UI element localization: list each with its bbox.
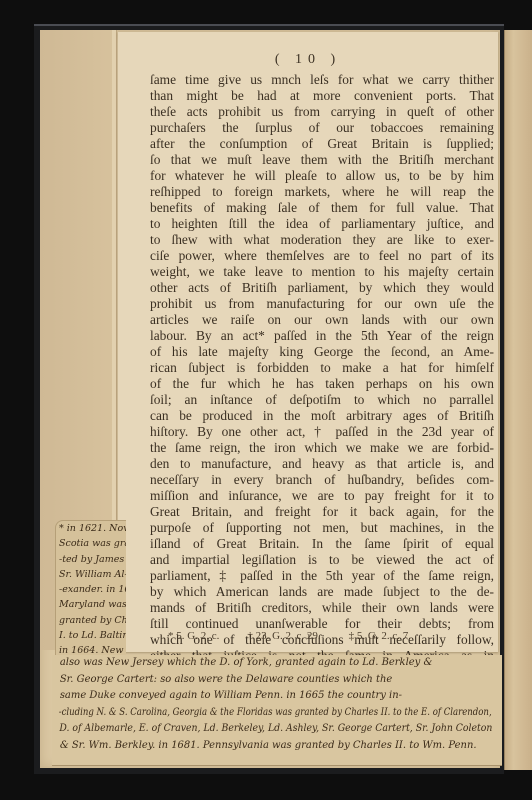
handwritten-line: Sr. William Al-: [56, 567, 126, 582]
text-line: ſoil; an inſtance of deſpotiſm to which …: [150, 392, 494, 408]
text-line: theſe acts prohibit us from carrying in …: [150, 104, 494, 120]
handwritten-line: same Duke conveyed again to William Penn…: [52, 688, 492, 705]
text-line: ſo that we muſt leave them with the Brit…: [150, 152, 494, 168]
handwritten-line: & Sr. Wm. Berkley. in 1681. Pennsylvania…: [52, 738, 492, 755]
handwritten-line: -ted by James I.: [56, 552, 126, 567]
text-line: ſame time give us mnch leſs for what we …: [150, 72, 494, 88]
text-line: articles we raiſe on our own lands with …: [150, 312, 494, 328]
footnotes: * 5. G. 2. c. † 23. G. 2. c. 29. ‡ 5. G.…: [168, 630, 488, 642]
text-line: Great Britain, and freight for it back a…: [150, 504, 494, 520]
text-line: to ſhew with what moderation they are li…: [150, 232, 494, 248]
text-line: hiſtory. By one other act, † paſſed in t…: [150, 424, 494, 440]
text-line: miſſion and inſurance, we are to pay fre…: [150, 488, 494, 504]
text-line: labour. By an act* paſſed in the 5th Yea…: [150, 328, 494, 344]
text-line: iſland of Great Britain. In the ſame ſpi…: [150, 536, 494, 552]
handwritten-line: I. to Ld. Baltim.: [56, 628, 126, 643]
text-line: parliament, ‡ paſſed in the 5th year of …: [150, 568, 494, 584]
text-line: for whatever he will pleaſe to allow us,…: [150, 168, 494, 184]
text-line: mands of Britiſh creditors, while their …: [150, 600, 494, 616]
text-line: the ſame reign, the iron which we make w…: [150, 440, 494, 456]
handwritten-note: also was New Jersey which the D. of York…: [52, 655, 502, 766]
handwritten-line: Sr. George Cartert: so also were the Del…: [52, 672, 492, 689]
handwritten-line: also was New Jersey which the D. of York…: [52, 655, 492, 672]
adjacent-page-edge: [504, 30, 532, 770]
footnote-1: * 5. G. 2. c.: [168, 630, 219, 642]
text-line: to heighten ſtill the idea of parliament…: [150, 216, 494, 232]
handwritten-line: Scotia was gran-: [56, 536, 126, 551]
handwritten-line: * in 1621. Nova: [56, 521, 126, 536]
footnote-2: † 23. G. 2. c. 29.: [247, 630, 320, 642]
footnote-3: ‡ 5. G. 2. c. 7.: [349, 630, 411, 642]
text-line: of his late majeſty king George the ſeco…: [150, 344, 494, 360]
text-line: can be produced in the moſt arbitrary ag…: [150, 408, 494, 424]
text-line: benefits of making ſale of them for full…: [150, 200, 494, 216]
text-line: and impartial legiſlation is to be viewe…: [150, 552, 494, 568]
printed-page: ( 10 ) ſame time give us mnch leſs for w…: [118, 32, 498, 652]
handwritten-line: D. of Albemarle, E. of Craven, Ld. Berke…: [52, 721, 464, 738]
handwritten-line: granted by Ch.: [56, 613, 126, 628]
text-line: ciſe power, where themſelves are to feel…: [150, 248, 494, 264]
handwritten-line: Maryland was: [56, 597, 126, 612]
text-line: weight, we take leave to mention to his …: [150, 264, 494, 280]
handwritten-line: -exander. in 1632: [56, 582, 126, 597]
text-line: reſhipped to foreign markets, where he w…: [150, 184, 494, 200]
text-line: rican ſubject is forbidden to make a hat…: [150, 360, 494, 376]
text-line: after the conſumption of Great Britain i…: [150, 136, 494, 152]
handwritten-line: -cluding N. & S. Carolina, Georgia & the…: [52, 705, 430, 722]
text-line: neceſſary in every branch of huſbandry, …: [150, 472, 494, 488]
text-line: other acts of Britiſh parliament, by whi…: [150, 280, 494, 296]
text-line: den to manufacture, and heavy as that ar…: [150, 456, 494, 472]
text-line: than might be had at more convenient por…: [150, 88, 494, 104]
text-line: prohibit us from manufacturing for our o…: [150, 296, 494, 312]
text-line: of the fur which he has taken perhaps on…: [150, 376, 494, 392]
text-line: purchaſers the ſurplus of our tobaccoes …: [150, 120, 494, 136]
text-line: purpoſe of ſupporting not men, but machi…: [150, 520, 494, 536]
handwritten-slip: * in 1621. NovaScotia was gran--ted by J…: [55, 520, 126, 656]
text-line: by which American lands are made ſubject…: [150, 584, 494, 600]
page-number: ( 10 ): [118, 52, 498, 68]
